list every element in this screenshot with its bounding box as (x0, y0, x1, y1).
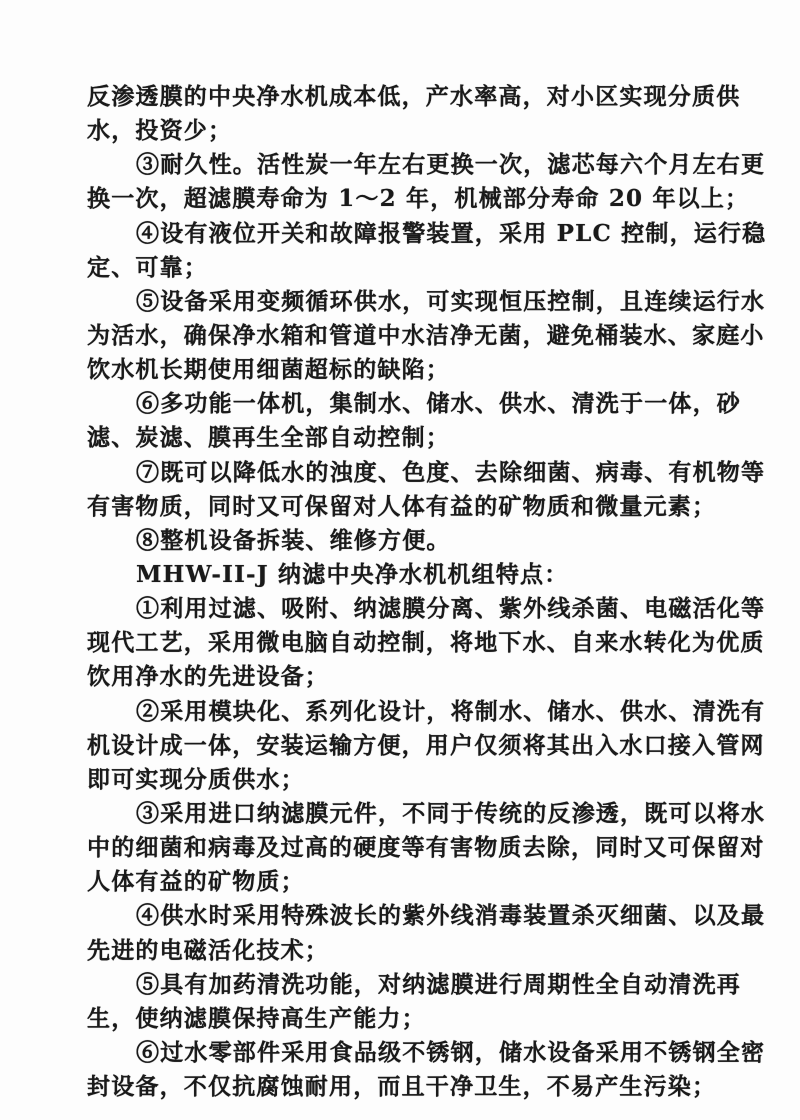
text-line-13: 有害物质，同时又可保留对人体有益的矿物质和微量元素； (87, 490, 700, 524)
text-line-21: 即可实现分质供水； (87, 763, 707, 797)
text-line-25: ④供水时采用特殊波长的紫外线消毒装置杀灭细菌、以及最 (87, 899, 700, 933)
text-line-17: 现代工艺，采用微电脑自动控制，将地下水、自来水转化为优质 (87, 626, 700, 660)
text-line-10: ⑥多功能一体机，集制水、储水、供水、清洗于一体，砂 (87, 387, 700, 421)
text-line-26: 先进的电磁活化技术； (87, 934, 707, 968)
text-line-27: ⑤具有加药清洗功能，对纳滤膜进行周期性全自动清洗再 (87, 968, 700, 1002)
text-line-16: ①利用过滤、吸附、纳滤膜分离、紫外线杀菌、电磁活化等 (87, 592, 700, 626)
text-line-4: 换一次，超滤膜寿命为 1～2 年，机械部分寿命 20 年以上； (87, 182, 700, 216)
text-line-19: ②采用模块化、系列化设计，将制水、储水、供水、清洗有 (87, 695, 700, 729)
text-line-28: 生，使纳滤膜保持高生产能力； (87, 1002, 707, 1036)
text-line-11: 滤、炭滤、膜再生全部自动控制； (87, 421, 707, 455)
text-line-14: ⑧整机设备拆装、维修方便。 (87, 524, 707, 558)
text-line-2: 水，投资少； (87, 114, 707, 148)
text-line-18: 饮用净水的先进设备； (87, 660, 707, 694)
text-line-22: ③采用进口纳滤膜元件，不同于传统的反渗透，既可以将水 (87, 797, 700, 831)
text-line-9: 饮水机长期使用细菌超标的缺陷； (87, 353, 707, 387)
text-line-5: ④设有液位开关和故障报警装置，采用 PLC 控制，运行稳 (87, 217, 700, 251)
body-text: 反渗透膜的中央净水机成本低，产水率高，对小区实现分质供 水，投资少； ③耐久性。… (87, 80, 707, 1104)
section-heading: MHW-II-J 纳滤中央净水机机组特点： (87, 558, 707, 592)
text-line-1: 反渗透膜的中央净水机成本低，产水率高，对小区实现分质供 (87, 80, 700, 114)
text-line-12: ⑦既可以降低水的浊度、色度、去除细菌、病毒、有机物等 (87, 456, 700, 490)
text-line-3: ③耐久性。活性炭一年左右更换一次，滤芯每六个月左右更 (87, 148, 700, 182)
text-line-6: 定、可靠； (87, 251, 707, 285)
text-line-20: 机设计成一体，安装运输方便，用户仅须将其出入水口接入管网 (87, 729, 700, 763)
text-line-30: 封设备，不仅抗腐蚀耐用，而且干净卫生，不易产生污染； (87, 1070, 700, 1104)
text-line-7: ⑤设备采用变频循环供水，可实现恒压控制，且连续运行水 (87, 285, 700, 319)
scanned-page: 反渗透膜的中央净水机成本低，产水率高，对小区实现分质供 水，投资少； ③耐久性。… (0, 0, 800, 1120)
text-line-29: ⑥过水零部件采用食品级不锈钢，储水设备采用不锈钢全密 (87, 1036, 700, 1070)
text-line-24: 人体有益的矿物质； (87, 865, 707, 899)
text-line-8: 为活水，确保净水箱和管道中水洁净无菌，避免桶装水、家庭小 (87, 319, 700, 353)
scan-artifact (482, 748, 484, 750)
text-line-23: 中的细菌和病毒及过高的硬度等有害物质去除，同时又可保留对 (87, 831, 700, 865)
